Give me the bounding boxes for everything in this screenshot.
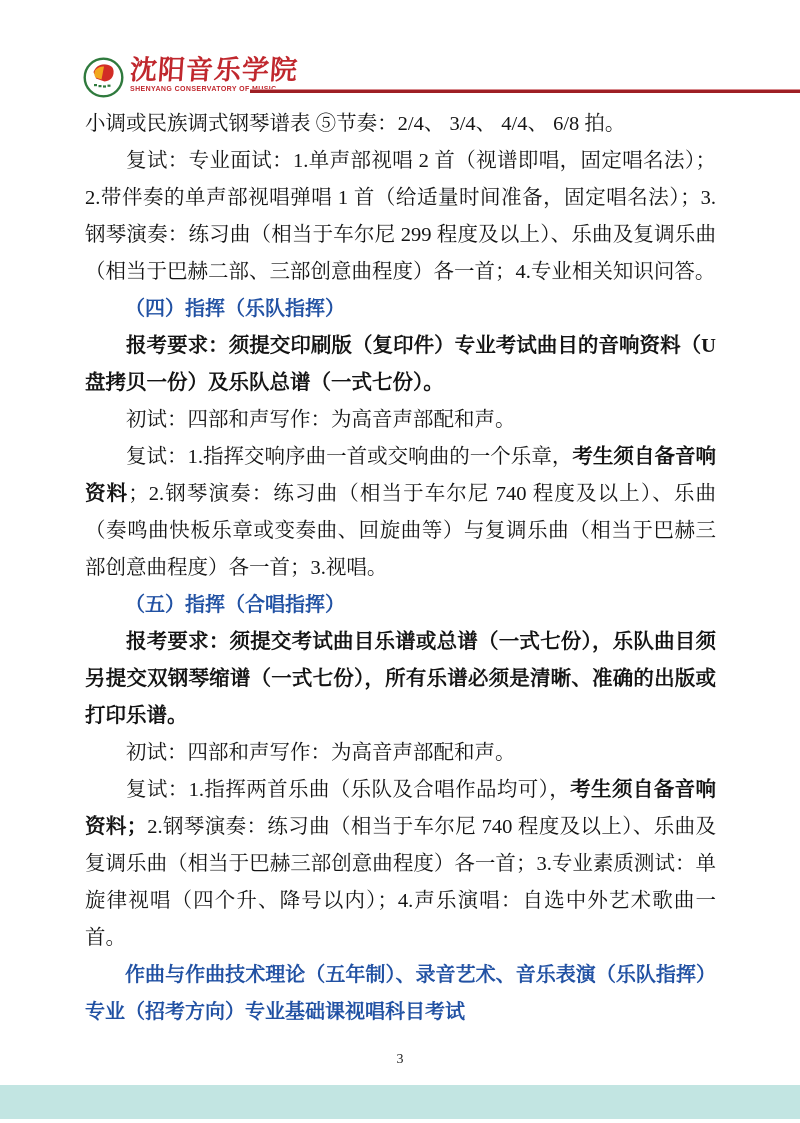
- brand-name-chinese: 沈阳音乐学院: [129, 55, 351, 85]
- text-run: 2.钢琴演奏：练习曲（相当于车尔尼 740 程度及以上）、乐曲及复调乐曲（相当于…: [85, 816, 716, 949]
- text-run: ；2.钢琴演奏：练习曲（相当于车尔尼 740 程度及以上）、乐曲（奏鸣曲快板乐章…: [85, 483, 716, 579]
- page-header: 沈阳音乐学院 SHENYANG CONSERVATORY OF MUSIC: [0, 0, 800, 110]
- section-heading: （四）指挥（乐队指挥）: [85, 291, 716, 328]
- text-run: 报考要求：须提交印刷版（复印件）专业考试曲目的音响资料（U 盘拷贝一份）及乐队总…: [85, 335, 716, 394]
- paragraph: 复试：专业面试：1.单声部视唱 2 首（视谱即唱，固定唱名法）；2.带伴奏的单声…: [85, 143, 716, 291]
- page-number: 3: [0, 1052, 800, 1068]
- brand-block: 沈阳音乐学院 SHENYANG CONSERVATORY OF MUSIC: [130, 55, 350, 93]
- paragraph: 复试：1.指挥两首乐曲（乐队及合唱作品均可），考生须自备音响资料；2.钢琴演奏：…: [85, 772, 716, 957]
- paragraph: 报考要求：须提交考试曲目乐谱或总谱（一式七份），乐队曲目须另提交双钢琴缩谱（一式…: [85, 624, 716, 735]
- paragraph: 小调或民族调式钢琴谱表 ⑤节奏：2/4、 3/4、 4/4、 6/8 拍。: [85, 106, 716, 143]
- text-run: 小调或民族调式钢琴谱表 ⑤节奏：2/4、 3/4、 4/4、 6/8 拍。: [85, 113, 625, 135]
- text-run: 初试：四部和声写作：为高音声部配和声。: [126, 742, 516, 764]
- section-heading: 作曲与作曲技术理论（五年制）、录音艺术、音乐表演（乐队指挥）专业（招考方向）专业…: [85, 957, 716, 1031]
- paragraph: 报考要求：须提交印刷版（复印件）专业考试曲目的音响资料（U 盘拷贝一份）及乐队总…: [85, 328, 716, 402]
- paragraph: 初试：四部和声写作：为高音声部配和声。: [85, 735, 716, 772]
- text-run: 初试：四部和声写作：为高音声部配和声。: [126, 409, 516, 431]
- paragraph: 复试：1.指挥交响序曲一首或交响曲的一个乐章，考生须自备音响资料；2.钢琴演奏：…: [85, 439, 716, 587]
- document-body: 小调或民族调式钢琴谱表 ⑤节奏：2/4、 3/4、 4/4、 6/8 拍。复试：…: [85, 106, 716, 1031]
- text-run: （五）指挥（合唱指挥）: [125, 594, 345, 616]
- section-heading: （五）指挥（合唱指挥）: [85, 587, 716, 624]
- text-run: 复试：1.指挥两首乐曲（乐队及合唱作品均可），: [126, 779, 570, 801]
- header-divider: [250, 89, 800, 93]
- paragraph: 初试：四部和声写作：为高音声部配和声。: [85, 402, 716, 439]
- text-run: （四）指挥（乐队指挥）: [125, 298, 345, 320]
- document-page: 沈阳音乐学院 SHENYANG CONSERVATORY OF MUSIC 小调…: [0, 0, 800, 1123]
- footer-decorative-bar: [0, 1085, 800, 1119]
- text-run: 复试：专业面试：1.单声部视唱 2 首（视谱即唱，固定唱名法）；2.带伴奏的单声…: [85, 150, 716, 283]
- text-run: 报考要求：须提交考试曲目乐谱或总谱（一式七份），乐队曲目须另提交双钢琴缩谱（一式…: [85, 631, 716, 727]
- text-run: 复试：1.指挥交响序曲一首或交响曲的一个乐章，: [126, 446, 572, 468]
- text-run: 作曲与作曲技术理论（五年制）、录音艺术、音乐表演（乐队指挥）专业（招考方向）专业…: [85, 964, 716, 1023]
- university-logo-icon: [83, 57, 124, 98]
